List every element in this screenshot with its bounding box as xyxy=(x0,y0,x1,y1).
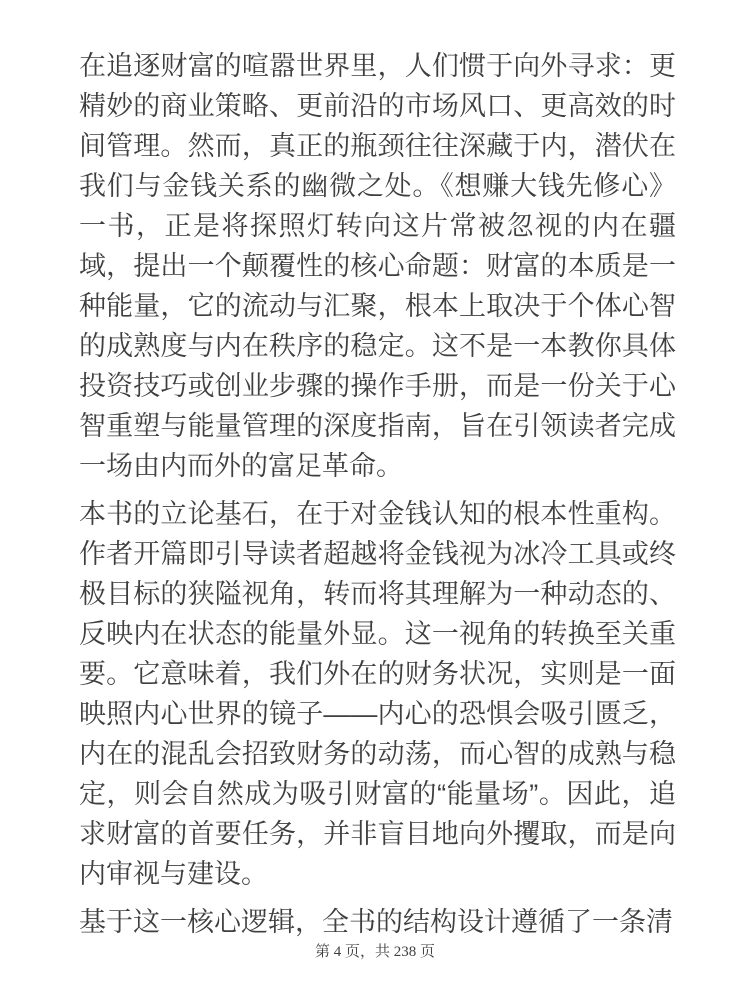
paragraph-3-partial: 基于这一核心逻辑，全书的结构设计遵循了一条清 xyxy=(79,902,676,942)
paragraph-1: 在追逐财富的喧嚣世界里，人们惯于向外寻求：更精妙的商业策略、更前沿的市场风口、更… xyxy=(79,46,676,486)
page-number-indicator: 第 4 页，共 238 页 xyxy=(0,942,750,962)
page-canvas: 在追逐财富的喧嚣世界里，人们惯于向外寻求：更精妙的商业策略、更前沿的市场风口、更… xyxy=(0,0,750,1000)
document-page: { "page": { "background": "#ffffff", "te… xyxy=(0,0,750,1000)
paragraph-2: 本书的立论基石，在于对金钱认知的根本性重构。作者开篇即引导读者超越将金钱视为冰冷… xyxy=(79,494,676,894)
document-body: 在追逐财富的喧嚣世界里，人们惯于向外寻求：更精妙的商业策略、更前沿的市场风口、更… xyxy=(79,46,676,950)
